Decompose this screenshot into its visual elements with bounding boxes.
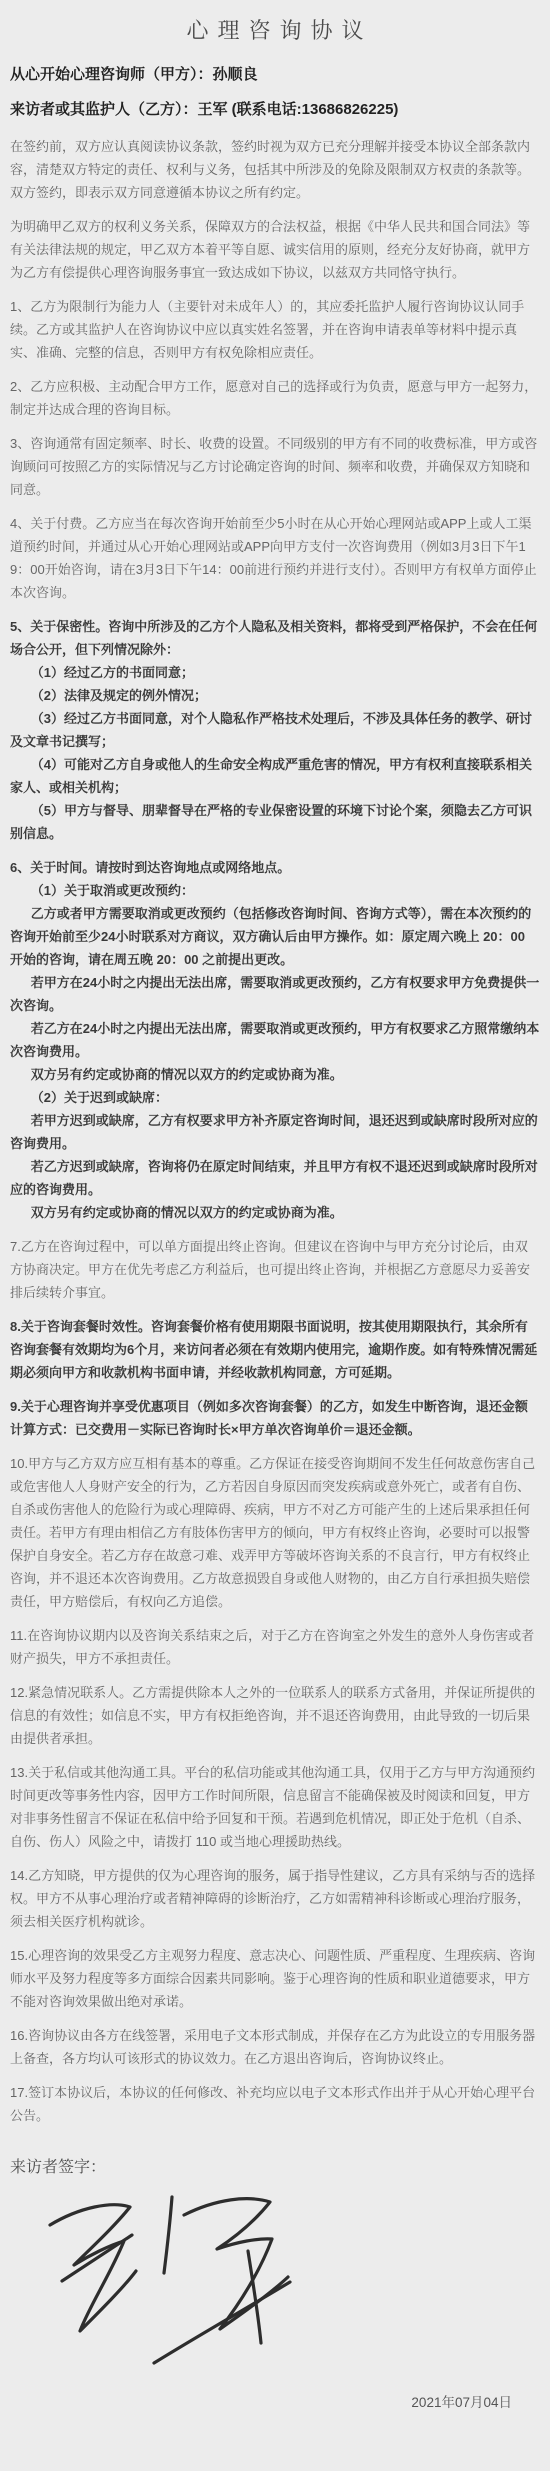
agreement-paragraph: 双方另有约定或协商的情况以双方的约定或协商为准。 — [10, 1201, 540, 1224]
agreement-paragraph: 乙方或者甲方需要取消或更改预约（包括修改咨询时间、咨询方式等），需在本次预约的咨… — [10, 902, 540, 971]
agreement-paragraph: 1、乙方为限制行为能力人（主要针对未成年人）的，其应委托监护人履行咨询协议认同手… — [10, 295, 540, 364]
agreement-paragraph: 16.咨询协议由各方在线签署，采用电子文本形式制成，并保存在乙方为此设立的专用服… — [10, 2024, 540, 2070]
page-title: 心理咨询协议 — [10, 14, 540, 45]
agreement-paragraph: 8.关于咨询套餐时效性。咨询套餐价格有使用期限书面说明，按其使用期限执行，其余所… — [10, 1315, 540, 1384]
agreement-paragraph: 3、咨询通常有固定频率、时长、收费的设置。不同级别的甲方有不同的收费标准，甲方或… — [10, 432, 540, 501]
agreement-paragraph: （5）甲方与督导、朋辈督导在严格的专业保密设置的环境下讨论个案，须隐去乙方可识别… — [10, 799, 540, 845]
agreement-paragraph: 若甲方在24小时之内提出无法出席，需要取消或更改预约，乙方有权要求甲方免费提供一… — [10, 971, 540, 1017]
agreement-paragraph: （4）可能对乙方自身或他人的生命安全构成严重危害的情况，甲方有权利直接联系相关家… — [10, 753, 540, 799]
agreement-paragraph: （2）关于迟到或缺席： — [10, 1086, 540, 1109]
agreement-paragraph: 14.乙方知晓，甲方提供的仅为心理咨询的服务，属于指导性建议，乙方具有采纳与否的… — [10, 1864, 540, 1933]
agreement-paragraph: 5、关于保密性。咨询中所涉及的乙方个人隐私及相关资料，都将受到严格保护，不会在任… — [10, 615, 540, 661]
agreement-paragraph: 9.关于心理咨询并享受优惠项目（例如多次咨询套餐）的乙方，如发生中断咨询，退还金… — [10, 1395, 540, 1441]
agreement-paragraph: 2、乙方应积极、主动配合甲方工作，愿意对自己的选择或行为负责，愿意与甲方一起努力… — [10, 375, 540, 421]
agreement-document: 心理咨询协议 从心开始心理咨询师（甲方）：孙顺良 来访者或其监护人（乙方）：王军… — [0, 0, 550, 2471]
agreement-paragraph: 为明确甲乙双方的权利义务关系，保障双方的合法权益，根据《中华人民共和国合同法》等… — [10, 215, 540, 284]
agreement-paragraph: （1）关于取消或更改预约： — [10, 879, 540, 902]
agreement-paragraph: 12.紧急情况联系人。乙方需提供除本人之外的一位联系人的联系方式备用，并保证所提… — [10, 1681, 540, 1750]
agreement-paragraph: 15.心理咨询的效果受乙方主观努力程度、意志决心、问题性质、严重程度、生理疾病、… — [10, 1944, 540, 2013]
agreement-paragraph: （3）经过乙方书面同意，对个人隐私作严格技术处理后，不涉及具体任务的教学、研讨及… — [10, 707, 540, 753]
agreement-paragraph: 若乙方迟到或缺席，咨询将仍在原定时间结束，并且甲方有权不退还迟到或缺席时段所对应… — [10, 1155, 540, 1201]
signature-area — [32, 2187, 540, 2377]
agreement-paragraph: 13.关于私信或其他沟通工具。平台的私信功能或其他沟通工具，仅用于乙方与甲方沟通… — [10, 1761, 540, 1853]
agreement-paragraph: 双方另有约定或协商的情况以双方的约定或协商为准。 — [10, 1063, 540, 1086]
agreement-paragraph: 7.乙方在咨询过程中，可以单方面提出终止咨询。但建议在咨询中与甲方充分讨论后，由… — [10, 1235, 540, 1304]
signature-stroke — [50, 2205, 136, 2331]
party-b-line: 来访者或其监护人（乙方）：王军 (联系电话:13686826225) — [10, 100, 540, 120]
signature-stroke — [164, 2197, 172, 2273]
agreement-paragraph: 在签约前，双方应认真阅读协议条款，签约时视为双方已充分理解并接受本协议全部条款内… — [10, 135, 540, 204]
agreement-body: 在签约前，双方应认真阅读协议条款，签约时视为双方已充分理解并接受本协议全部条款内… — [10, 135, 540, 2127]
agreement-page: { "page": { "background_color": "#ececec… — [0, 0, 550, 2471]
agreement-paragraph: 17.签订本协议后，本协议的任何修改、补充均应以电子文本形式作出并于从心开始心理… — [10, 2081, 540, 2127]
agreement-paragraph: 10.甲方与乙方双方应互相有基本的尊重。乙方保证在接受咨询期间不发生任何故意伤害… — [10, 1452, 540, 1613]
party-a-line: 从心开始心理咨询师（甲方）：孙顺良 — [10, 65, 540, 85]
agreement-paragraph: 11.在咨询协议期内以及咨询关系结束之后，对于乙方在咨询室之外发生的意外人身伤害… — [10, 1624, 540, 1670]
signature-date: 2021年07月04日 — [10, 2391, 540, 2411]
agreement-paragraph: （2）法律及规定的例外情况； — [10, 684, 540, 707]
visitor-signature-label: 来访者签字： — [10, 2157, 540, 2179]
handwritten-signature — [32, 2187, 342, 2377]
agreement-paragraph: 若乙方在24小时之内提出无法出席，需要取消或更改预约，甲方有权要求乙方照常缴纳本… — [10, 1017, 540, 1063]
signature-stroke — [184, 2199, 288, 2329]
agreement-paragraph: 6、关于时间。请按时到达咨询地点或网络地点。 — [10, 856, 540, 879]
agreement-paragraph: 若甲方迟到或缺席，乙方有权要求甲方补齐原定咨询时间，退还迟到或缺席时段所对应的咨… — [10, 1109, 540, 1155]
signature-stroke — [154, 2282, 290, 2363]
agreement-paragraph: 4、关于付费。乙方应当在每次咨询开始前至少5小时在从心开始心理网站或APP上或人… — [10, 512, 540, 604]
agreement-paragraph: （1）经过乙方的书面同意； — [10, 661, 540, 684]
